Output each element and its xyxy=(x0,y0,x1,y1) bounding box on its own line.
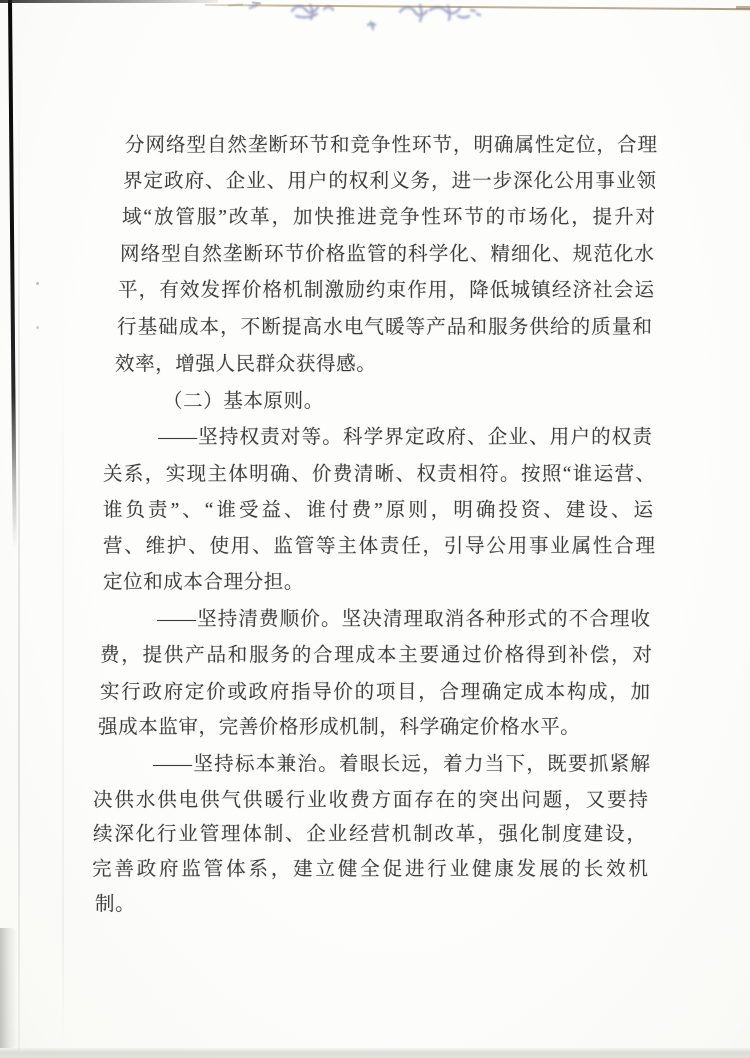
document-text-line: ——坚持权责对等。科学界定政府、企业、用户的权责 xyxy=(158,423,652,453)
document-text-line: 平，有效发挥价格机制激励约束作用，降低城镇经济社会运 xyxy=(118,276,654,306)
document-text-line: ——坚持清费顺价。坚决清理取消各种形式的不合理收 xyxy=(157,605,650,635)
document-text-line: 关系，实现主体明确、价费清晰、权责相符。按照“谁运营、 xyxy=(103,460,655,490)
document-text-line: 效率，增强人民群众获得感。 xyxy=(115,350,376,380)
document-text-line: 谁负责”、“谁受益、谁付费”原则，明确投资、建设、运 xyxy=(103,496,653,526)
scan-diagonal-line-end xyxy=(736,6,750,9)
document-text-line: 行基础成本，不断提高水电气暖等产品和服务供给的质量和 xyxy=(117,313,652,343)
document-text-line: 界定政府、企业、用户的权利义务，进一步深化公用事业领 xyxy=(123,167,656,197)
ink-speck xyxy=(36,282,39,285)
document-text-line: ——坚持标本兼治。着眼长远，着力当下，既要抓紧解 xyxy=(153,750,650,780)
document-text-line: 实行政府定价或政府指导价的项目，合理确定成本构成，加 xyxy=(100,678,650,708)
document-text-line: 制。 xyxy=(95,890,135,920)
document-text-line: 续深化行业管理体制、企业经营机制改革，强化制度建设， xyxy=(93,820,646,850)
document-text-line: 强成本监审，完善价格形成机制，科学确定价格水平。 xyxy=(98,713,580,743)
document-text-line: 域“放管服”改革，加快推进竞争性环节的市场化，提升对 xyxy=(122,203,655,233)
document-text-line: 决供水供电供气供暖行业收费方面存在的突出问题，又要持 xyxy=(93,786,648,816)
document-text-line: 营、维护、使用、监管等主体责任，引导公用事业属性合理 xyxy=(103,532,655,562)
scan-top-edge-shadow xyxy=(0,0,218,3)
document-text-line: 完善政府监管体系，建立健全促进行业健康发展的长效机 xyxy=(92,855,648,885)
handwritten-ink-smudge xyxy=(240,0,490,34)
scan-corner-shadow xyxy=(0,928,17,1048)
ink-speck xyxy=(36,326,39,329)
document-text-line: 定位和成本合理分担。 xyxy=(103,568,304,598)
scan-binding-edge-line xyxy=(8,0,17,548)
document-text-line: 网络型自然垄断环节价格监管的科学化、精细化、规范化水 xyxy=(120,240,654,270)
document-text-line: 费，提供产品和服务的合理成本主要通过价格得到补偿，对 xyxy=(100,641,652,671)
document-text-line: 分网络型自然垄断环节和竞争性环节，明确属性定位，合理 xyxy=(125,131,657,161)
paper-crease-line xyxy=(62,320,64,1050)
section-heading: （二）基本原则。 xyxy=(163,387,324,417)
scan-edge-ghost-line xyxy=(18,60,20,1050)
scan-bottom-edge-shadow xyxy=(0,1048,750,1058)
scanned-document-page: 分网络型自然垄断环节和竞争性环节，明确属性定位，合理 界定政府、企业、用户的权利… xyxy=(0,0,750,1058)
